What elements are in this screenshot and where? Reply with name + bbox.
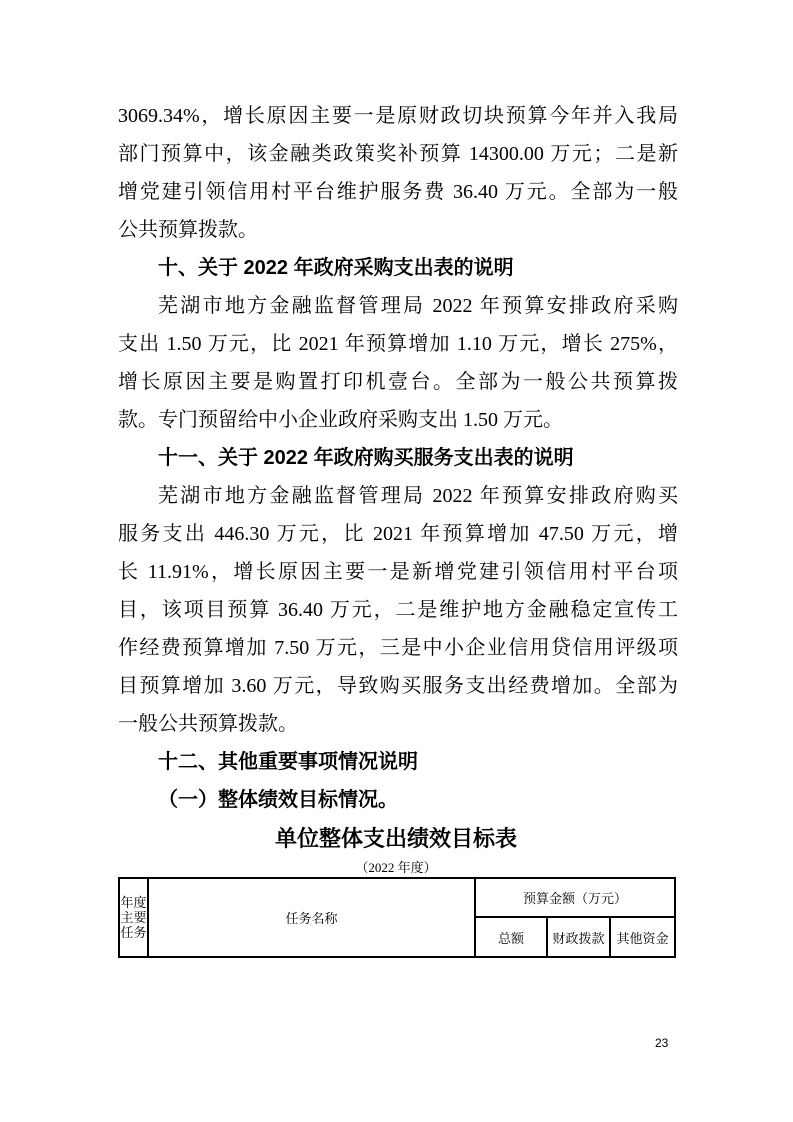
header-budget-amount: 预算金额（万元） [475,878,675,917]
section-heading: （一）整体绩效目标情况。 [118,781,678,819]
document-page: 3069.34%，增长原因主要一是原财政切块预算今年并入我局部门预算中，该金融类… [0,0,793,1122]
text-line: 部门预算中，该金融类政策奖补预算 14300.00 万元；二是新 [118,135,678,173]
header-fiscal-appropriation: 财政拨款 [547,917,610,957]
text-line: 目，该项目预算 36.40 万元，二是维护地方金融稳定宣传工 [118,591,678,629]
header-annual-main-tasks-line3: 任务 [120,925,147,940]
text-line: 目预算增加 3.60 万元，导致购买服务支出经费增加。全部为 [118,667,678,705]
section-heading: 十、关于 2022 年政府采购支出表的说明 [118,249,678,287]
text-line: 支出 1.50 万元，比 2021 年预算增加 1.10 万元，增长 275%， [118,325,678,363]
header-annual-main-tasks-line2: 主要 [120,910,147,925]
performance-target-table: 年度 主要 任务 任务名称 预算金额（万元） 总额 财政拨款 其他资金 [118,877,676,958]
text-line: 款。专门预留给中小企业政府采购支出 1.50 万元。 [118,401,678,439]
text-blocks: 3069.34%，增长原因主要一是原财政切块预算今年并入我局部门预算中，该金融类… [118,97,678,819]
header-annual-main-tasks: 年度 主要 任务 [119,878,148,957]
text-line: 芜湖市地方金融监督管理局 2022 年预算安排政府采购 [118,287,678,325]
header-annual-main-tasks-line1: 年度 [120,895,147,910]
text-line: 长 11.91%，增长原因主要一是新增党建引领信用村平台项 [118,553,678,591]
text-line: 增长原因主要是购置打印机壹台。全部为一般公共预算拨 [118,363,678,401]
section-heading: 十二、其他重要事项情况说明 [118,743,678,781]
text-line: 增党建引领信用村平台维护服务费 36.40 万元。全部为一般 [118,173,678,211]
header-task-name: 任务名称 [148,878,475,957]
text-line: 芜湖市地方金融监督管理局 2022 年预算安排政府购买 [118,477,678,515]
header-other-funds: 其他资金 [610,917,675,957]
document-body: 3069.34%，增长原因主要一是原财政切块预算今年并入我局部门预算中，该金融类… [118,97,678,958]
table-subtitle: （2022 年度） [118,859,674,877]
header-total-amount: 总额 [475,917,547,957]
table-title: 单位整体支出绩效目标表 [118,819,674,859]
text-line: 服务支出 446.30 万元，比 2021 年预算增加 47.50 万元，增 [118,515,678,553]
text-line: 公共预算拨款。 [118,211,678,249]
text-line: 作经费预算增加 7.50 万元，三是中小企业信用贷信用评级项 [118,629,678,667]
page-number: 23 [655,1036,668,1051]
text-line: 一般公共预算拨款。 [118,705,678,743]
section-heading: 十一、关于 2022 年政府购买服务支出表的说明 [118,439,678,477]
text-line: 3069.34%，增长原因主要一是原财政切块预算今年并入我局 [118,97,678,135]
